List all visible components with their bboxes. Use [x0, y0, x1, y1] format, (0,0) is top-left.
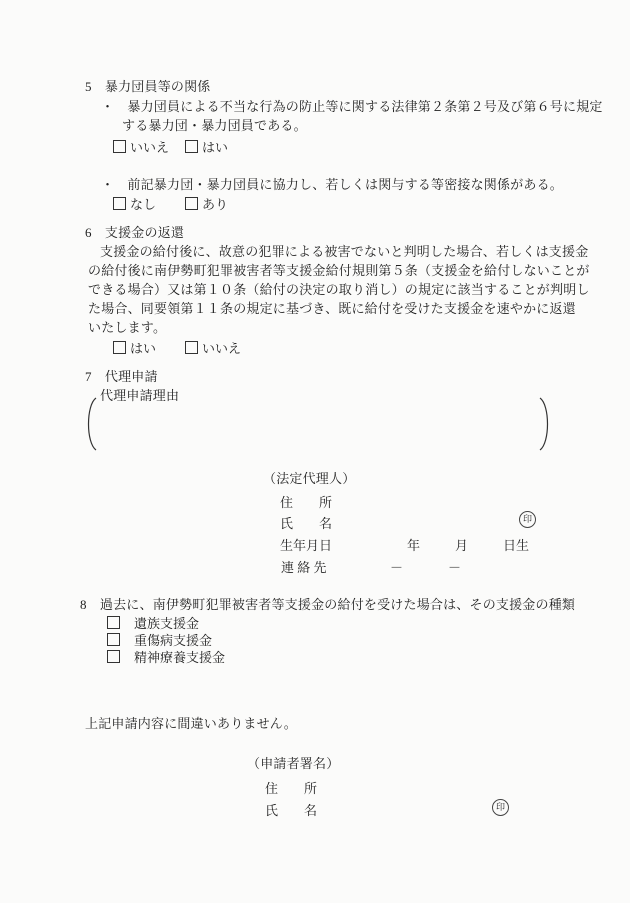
checkbox-option-iie[interactable]: いいえ: [185, 338, 241, 357]
checkbox-icon[interactable]: [185, 197, 198, 210]
checkbox-option-nashi[interactable]: なし: [113, 194, 156, 213]
checkbox-icon[interactable]: [113, 197, 126, 210]
section8-option-seishin[interactable]: 精神療養支援金: [107, 647, 357, 664]
section5-item2-options: なし あり: [113, 194, 313, 211]
section6-body-line2: の給付後に南伊勢町犯罪被害者等支援金給付規則第５条（支援金を給付しないことが: [88, 262, 590, 279]
day-label: 日生: [503, 535, 529, 554]
section6-body-line4: た場合、同要領第１１条の規定に基づき、既に給付を受けた支援金を速やかに返還: [88, 300, 576, 317]
section8-title: 8 過去に、南伊勢町犯罪被害者等支援金の給付を受けた場合は、その支援金の種類: [80, 596, 575, 613]
section5-item2-line1: ・ 前記暴力団・暴力団員に協力し、若しくは関与する等密接な関係がある。: [101, 176, 563, 193]
section6-body-line3: できる場合）又は第１０条（給付の決定の取り消し）の規定に該当することが判明し: [88, 281, 590, 298]
section5-title: 5 暴力団員等の関係: [85, 78, 211, 95]
section6-title: 6 支援金の返還: [85, 224, 184, 241]
applicant-seal-icon: 印: [492, 799, 509, 816]
phone-dash: －: [390, 557, 403, 576]
legal-rep-seal-icon: 印: [519, 511, 536, 528]
legal-rep-address-row: 住 所: [280, 492, 560, 509]
checkbox-option-hai[interactable]: はい: [113, 338, 156, 357]
checkbox-option-hai[interactable]: はい: [185, 137, 228, 156]
section8-option-izoku[interactable]: 遺族支援金: [107, 613, 357, 630]
checkbox-icon[interactable]: [113, 140, 126, 153]
legal-rep-contact-row: 連 絡 先 － －: [281, 557, 561, 574]
year-label: 年: [407, 535, 420, 554]
checkbox-icon[interactable]: [185, 140, 198, 153]
section8-option-jushobyo[interactable]: 重傷病支援金: [107, 630, 357, 647]
checkbox-icon[interactable]: [185, 341, 198, 354]
legal-rep-contact-label: 連 絡 先: [281, 557, 327, 576]
checkbox-icon[interactable]: [107, 633, 120, 646]
legal-rep-birthdate-label: 生年月日: [280, 535, 332, 554]
applicant-address-row: 住 所: [265, 778, 545, 795]
applicant-address-label: 住 所: [265, 778, 317, 797]
checkbox-icon[interactable]: [107, 650, 120, 663]
legal-rep-name-row: 氏 名: [280, 513, 560, 530]
section5-item1-line1: ・ 暴力団員による不当な行為の防止等に関する法律第２条第２号及び第６号に規定: [101, 98, 603, 115]
section5-item1-options: いいえ はい: [113, 137, 313, 154]
confirmation-statement: 上記申請内容に間違いありません。: [85, 715, 297, 732]
legal-rep-birthdate-row: 生年月日 年 月 日生: [280, 535, 560, 552]
legal-rep-address-label: 住 所: [280, 492, 332, 511]
section6-body-line5: いたします。: [88, 319, 166, 336]
section6-options: はい いいえ: [113, 338, 313, 355]
checkbox-option-iie[interactable]: いいえ: [113, 137, 169, 156]
section6-body-line1: 支援金の給付後に、故意の犯罪による被害でないと判明した場合、若しくは支援金: [100, 243, 588, 260]
signature-heading: （申請者署名）: [247, 755, 339, 772]
checkbox-icon[interactable]: [107, 616, 120, 629]
legal-rep-heading: （法定代理人）: [263, 470, 355, 487]
applicant-name-label: 氏 名: [265, 800, 317, 819]
section7-title: 7 代理申請: [85, 368, 158, 385]
month-label: 月: [455, 535, 468, 554]
section5-item1-line2: する暴力団・暴力団員である。: [122, 117, 307, 134]
document-page: 5 暴力団員等の関係 ・ 暴力団員による不当な行為の防止等に関する法律第２条第２…: [0, 0, 630, 903]
checkbox-icon[interactable]: [113, 341, 126, 354]
checkbox-option-ari[interactable]: あり: [185, 194, 228, 213]
legal-rep-name-label: 氏 名: [280, 513, 332, 532]
phone-dash: －: [448, 557, 461, 576]
proxy-reason-field[interactable]: [98, 398, 538, 450]
